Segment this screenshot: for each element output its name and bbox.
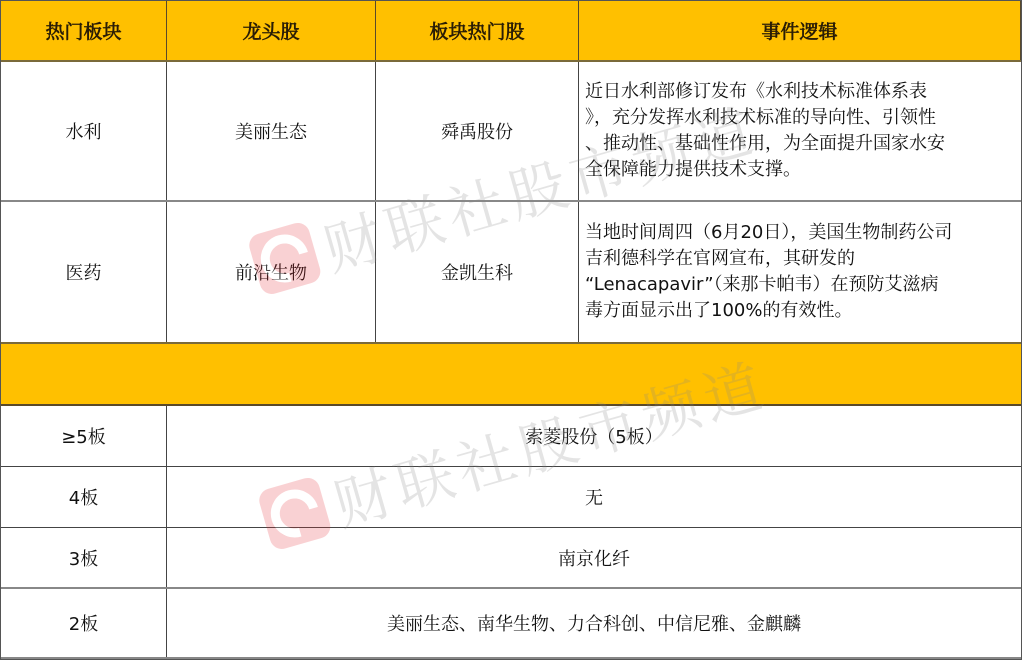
logic-line: 、推动性、基础性作用，为全面提升国家水安 (585, 131, 945, 157)
table-header-row: 热门板块 龙头股 板块热门股 事件逻辑 (1, 1, 1021, 62)
header-hot-sector: 热门板块 (1, 1, 167, 60)
band-label (1, 344, 1021, 404)
table-row: 医药 前沿生物 金凯生科 当地时间周四（6月20日），美国生物制药公司 吉利德科… (1, 202, 1021, 342)
board-row: 4板 无 (1, 467, 1021, 528)
hot-stock-cell: 舜禹股份 (376, 62, 579, 200)
header-sector-hot-stock: 板块热门股 (376, 1, 579, 60)
event-logic-cell: 当地时间周四（6月20日），美国生物制药公司 吉利德科学在官网宣布，其研发的 “… (579, 202, 1021, 342)
board-stocks: 南京化纤 (167, 528, 1021, 587)
board-level: 4板 (1, 467, 167, 527)
logic-line: 吉利德科学在官网宣布，其研发的 (585, 246, 952, 272)
board-stocks: 索菱股份（5板） (167, 406, 1021, 466)
hot-stock-cell: 金凯生科 (376, 202, 579, 342)
table-row: 水利 美丽生态 舜禹股份 近日水利部修订发布《水利技术标准体系表 》，充分发挥水… (1, 62, 1021, 202)
section-divider-band (1, 342, 1021, 406)
board-stocks: 美丽生态、南华生物、力合科创、中信尼雅、金麒麟 (167, 589, 1021, 657)
header-event-logic: 事件逻辑 (579, 1, 1021, 60)
board-row: 2板 美丽生态、南华生物、力合科创、中信尼雅、金麒麟 (1, 589, 1021, 659)
header-leader-stock: 龙头股 (167, 1, 376, 60)
event-logic-cell: 近日水利部修订发布《水利技术标准体系表 》，充分发挥水利技术标准的导向性、引领性… (579, 62, 1021, 200)
sector-cell: 水利 (1, 62, 167, 200)
board-level: 2板 (1, 589, 167, 657)
sector-cell: 医药 (1, 202, 167, 342)
board-row: ≥5板 索菱股份（5板） (1, 406, 1021, 467)
leader-cell: 前沿生物 (167, 202, 376, 342)
board-level: ≥5板 (1, 406, 167, 466)
logic-line: 近日水利部修订发布《水利技术标准体系表 (585, 79, 945, 105)
board-row: 3板 南京化纤 (1, 528, 1021, 589)
logic-line: 毒方面显示出了100%的有效性。 (585, 298, 952, 324)
board-stocks: 无 (167, 467, 1021, 527)
leader-cell: 美丽生态 (167, 62, 376, 200)
logic-line: 全保障能力提供技术支撑。 (585, 157, 945, 183)
board-level: 3板 (1, 528, 167, 587)
logic-line: 》，充分发挥水利技术标准的导向性、引领性 (585, 105, 945, 131)
logic-line: 当地时间周四（6月20日），美国生物制药公司 (585, 220, 952, 246)
logic-line: “Lenacapavir”（来那卡帕韦）在预防艾滋病 (585, 272, 952, 298)
limit-up-table: 热门板块 龙头股 板块热门股 事件逻辑 水利 美丽生态 舜禹股份 近日水利部修订… (0, 0, 1022, 660)
